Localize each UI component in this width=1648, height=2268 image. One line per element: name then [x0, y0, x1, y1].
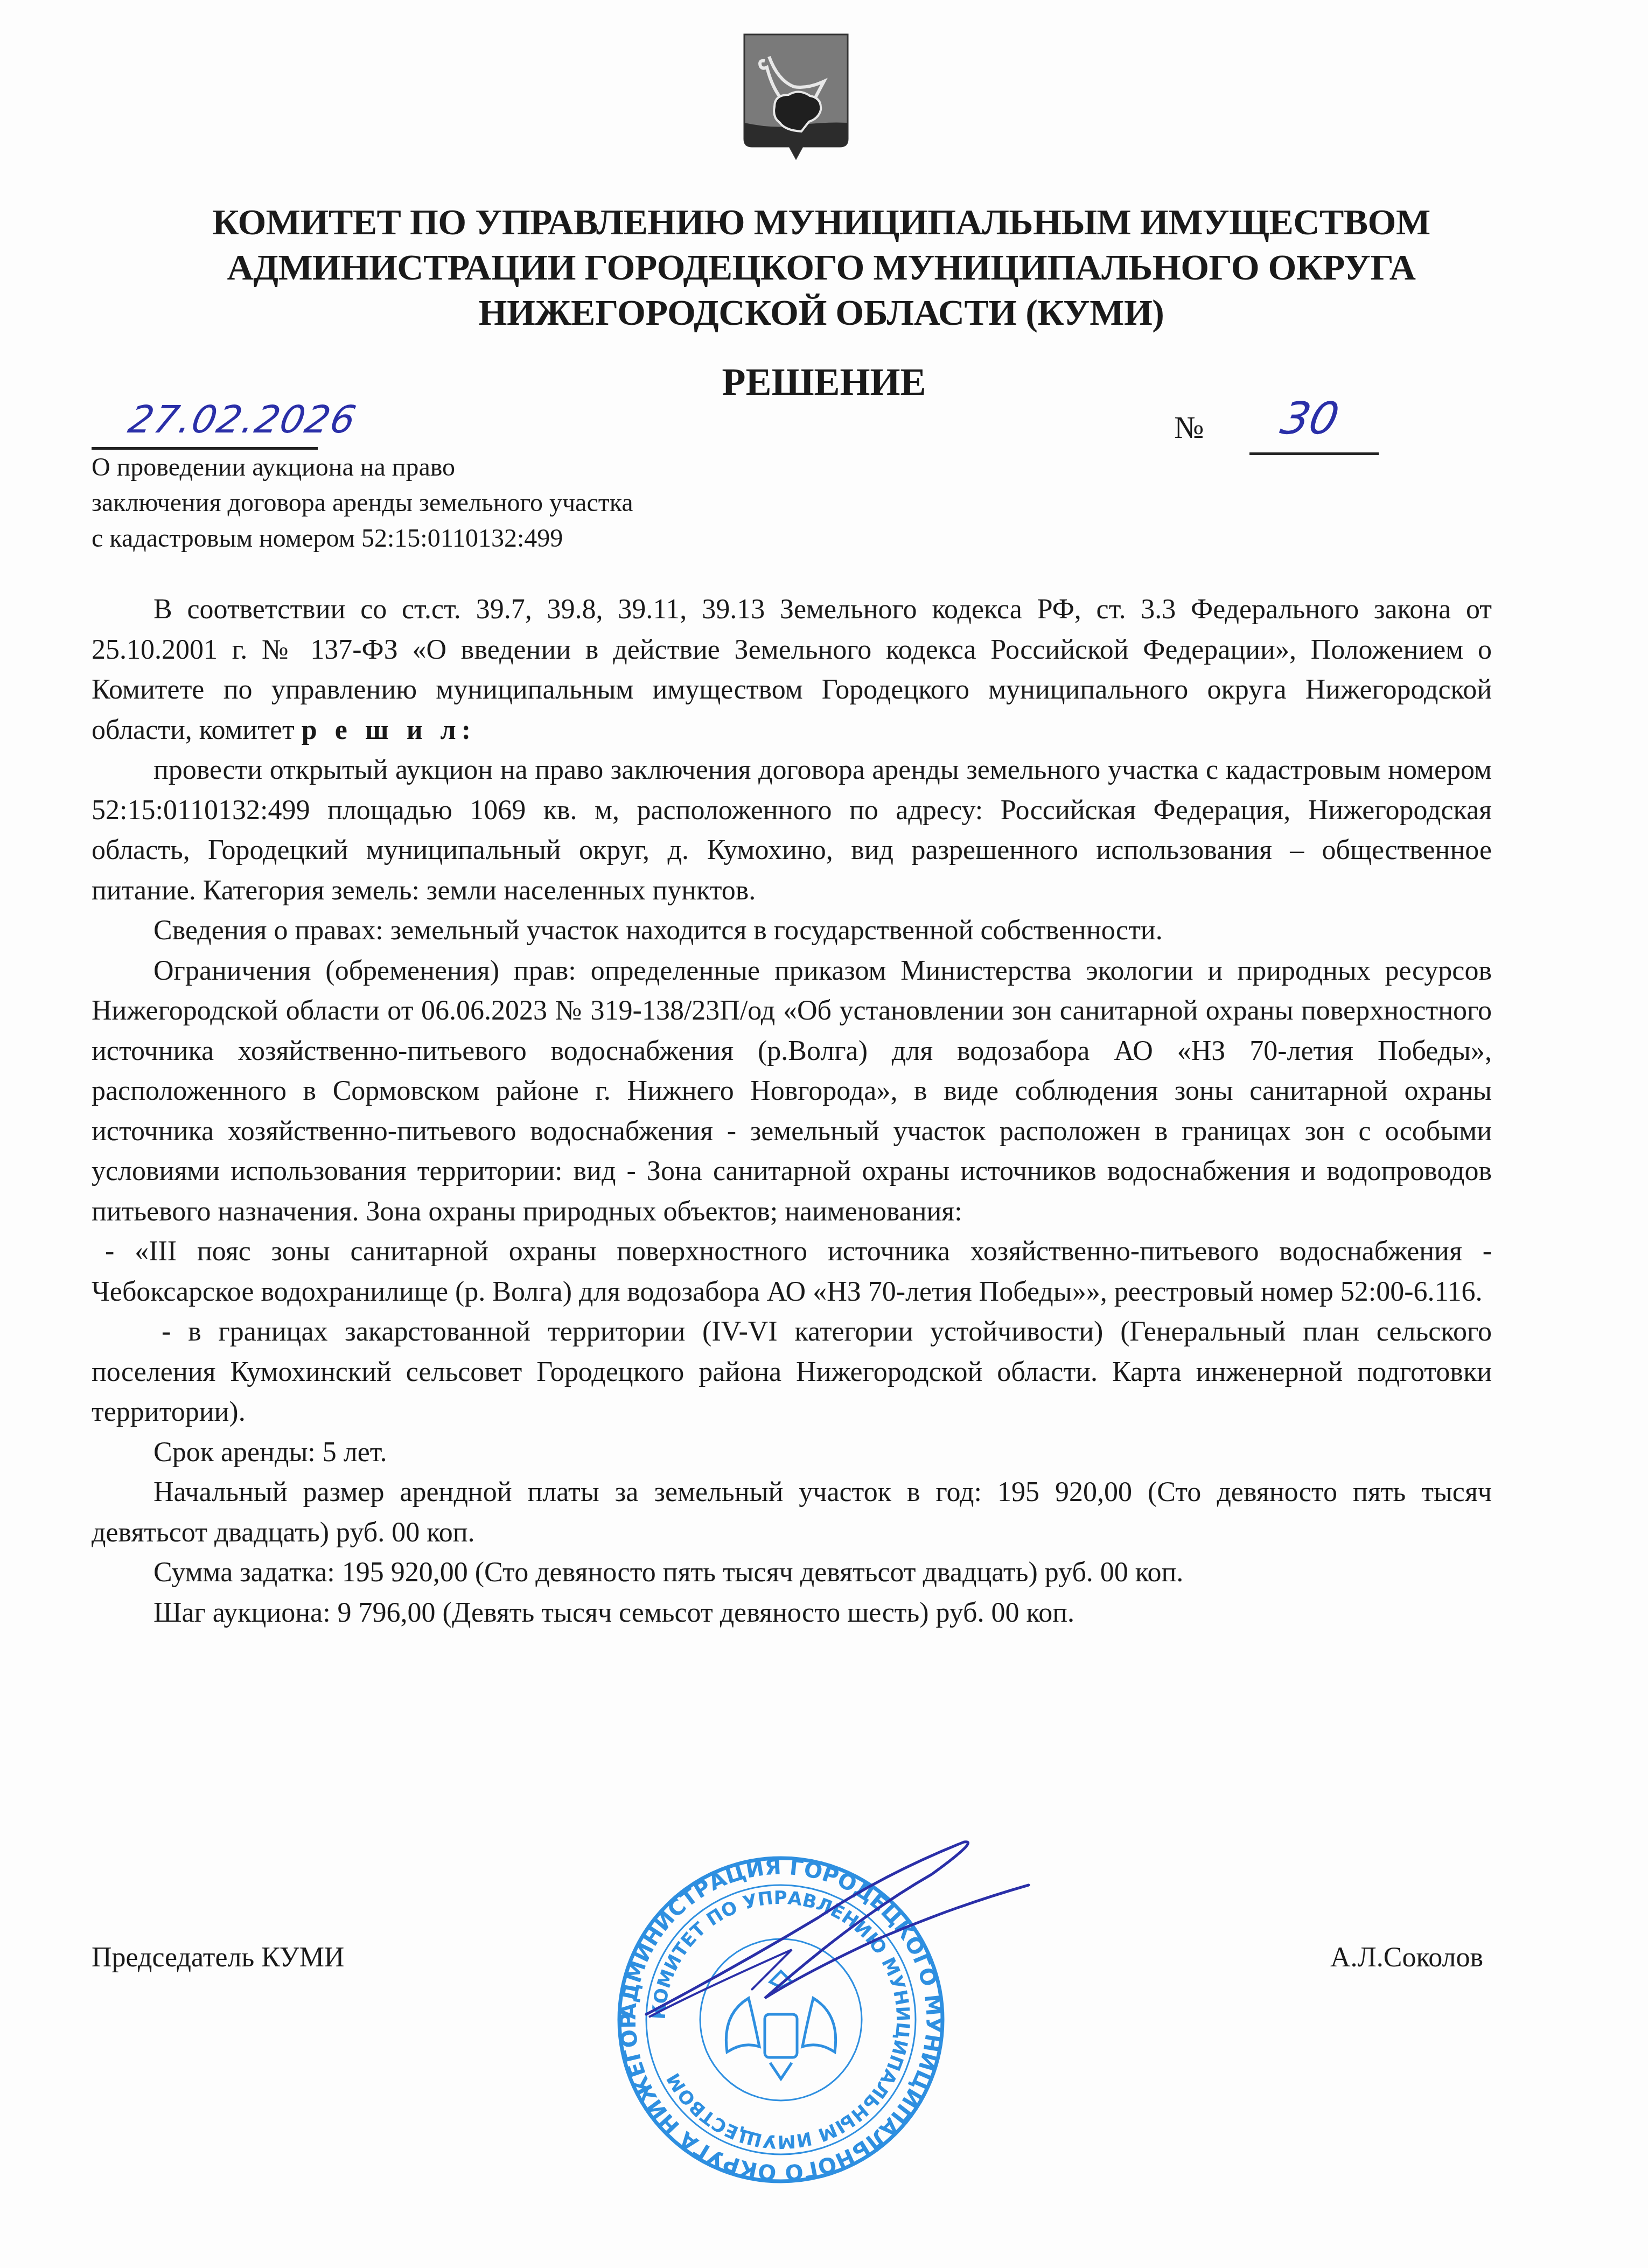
initial-rent-paragraph: Начальный размер арендной платы за земел…	[92, 1473, 1492, 1553]
handwritten-number: 30	[1276, 393, 1344, 444]
date-field: 27.02.2026	[92, 393, 318, 450]
auction-paragraph: провести открытый аукцион на право заклю…	[92, 750, 1492, 911]
resolved-keyword: р е ш и л:	[302, 715, 476, 745]
preamble-paragraph: В соответствии со ст.ст. 39.7, 39.8, 39.…	[92, 590, 1492, 750]
rights-paragraph: Сведения о правах: земельный участок нах…	[92, 911, 1492, 951]
restriction-item-2: - в границах закарстованной территории (…	[92, 1312, 1492, 1433]
restrictions-paragraph: Ограничения (обременения) прав: определе…	[92, 951, 1492, 1232]
auction-step-paragraph: Шаг аукциона: 9 796,00 (Девять тысяч сем…	[92, 1593, 1492, 1634]
handwritten-signature	[630, 1837, 1039, 2041]
organization-name: КОМИТЕТ ПО УПРАВЛЕНИЮ МУНИЦИПАЛЬНЫМ ИМУЩ…	[81, 199, 1562, 335]
org-line-1: КОМИТЕТ ПО УПРАВЛЕНИЮ МУНИЦИПАЛЬНЫМ ИМУЩ…	[81, 199, 1562, 245]
number-label: №	[1174, 409, 1204, 445]
signatory-name: А.Л.Соколов	[1330, 1942, 1483, 1973]
subject-block: О проведении аукциона на право заключени…	[92, 450, 633, 556]
signatory-position: Председатель КУМИ	[92, 1942, 344, 1973]
number-field: 30	[1249, 399, 1379, 455]
restriction-item-1: - «III пояс зоны санитарной охраны повер…	[92, 1232, 1492, 1312]
decision-document: КОМИТЕТ ПО УПРАВЛЕНИЮ МУНИЦИПАЛЬНЫМ ИМУЩ…	[0, 0, 1648, 2268]
subject-line-2: заключения договора аренды земельного уч…	[92, 485, 633, 521]
subject-line-3: с кадастровым номером 52:15:0110132:499	[92, 521, 633, 556]
org-line-2: АДМИНИСТРАЦИИ ГОРОДЕЦКОГО МУНИЦИПАЛЬНОГО…	[81, 245, 1562, 290]
subject-line-1: О проведении аукциона на право	[92, 450, 633, 485]
deposit-paragraph: Сумма задатка: 195 920,00 (Сто девяносто…	[92, 1553, 1492, 1593]
org-line-3: НИЖЕГОРОДСКОЙ ОБЛАСТИ (КУМИ)	[81, 290, 1562, 335]
coat-of-arms-icon	[742, 31, 850, 160]
document-body: В соответствии со ст.ст. 39.7, 39.8, 39.…	[92, 590, 1492, 1633]
handwritten-date: 27.02.2026	[124, 397, 360, 442]
lease-term-paragraph: Срок аренды: 5 лет.	[92, 1433, 1492, 1473]
